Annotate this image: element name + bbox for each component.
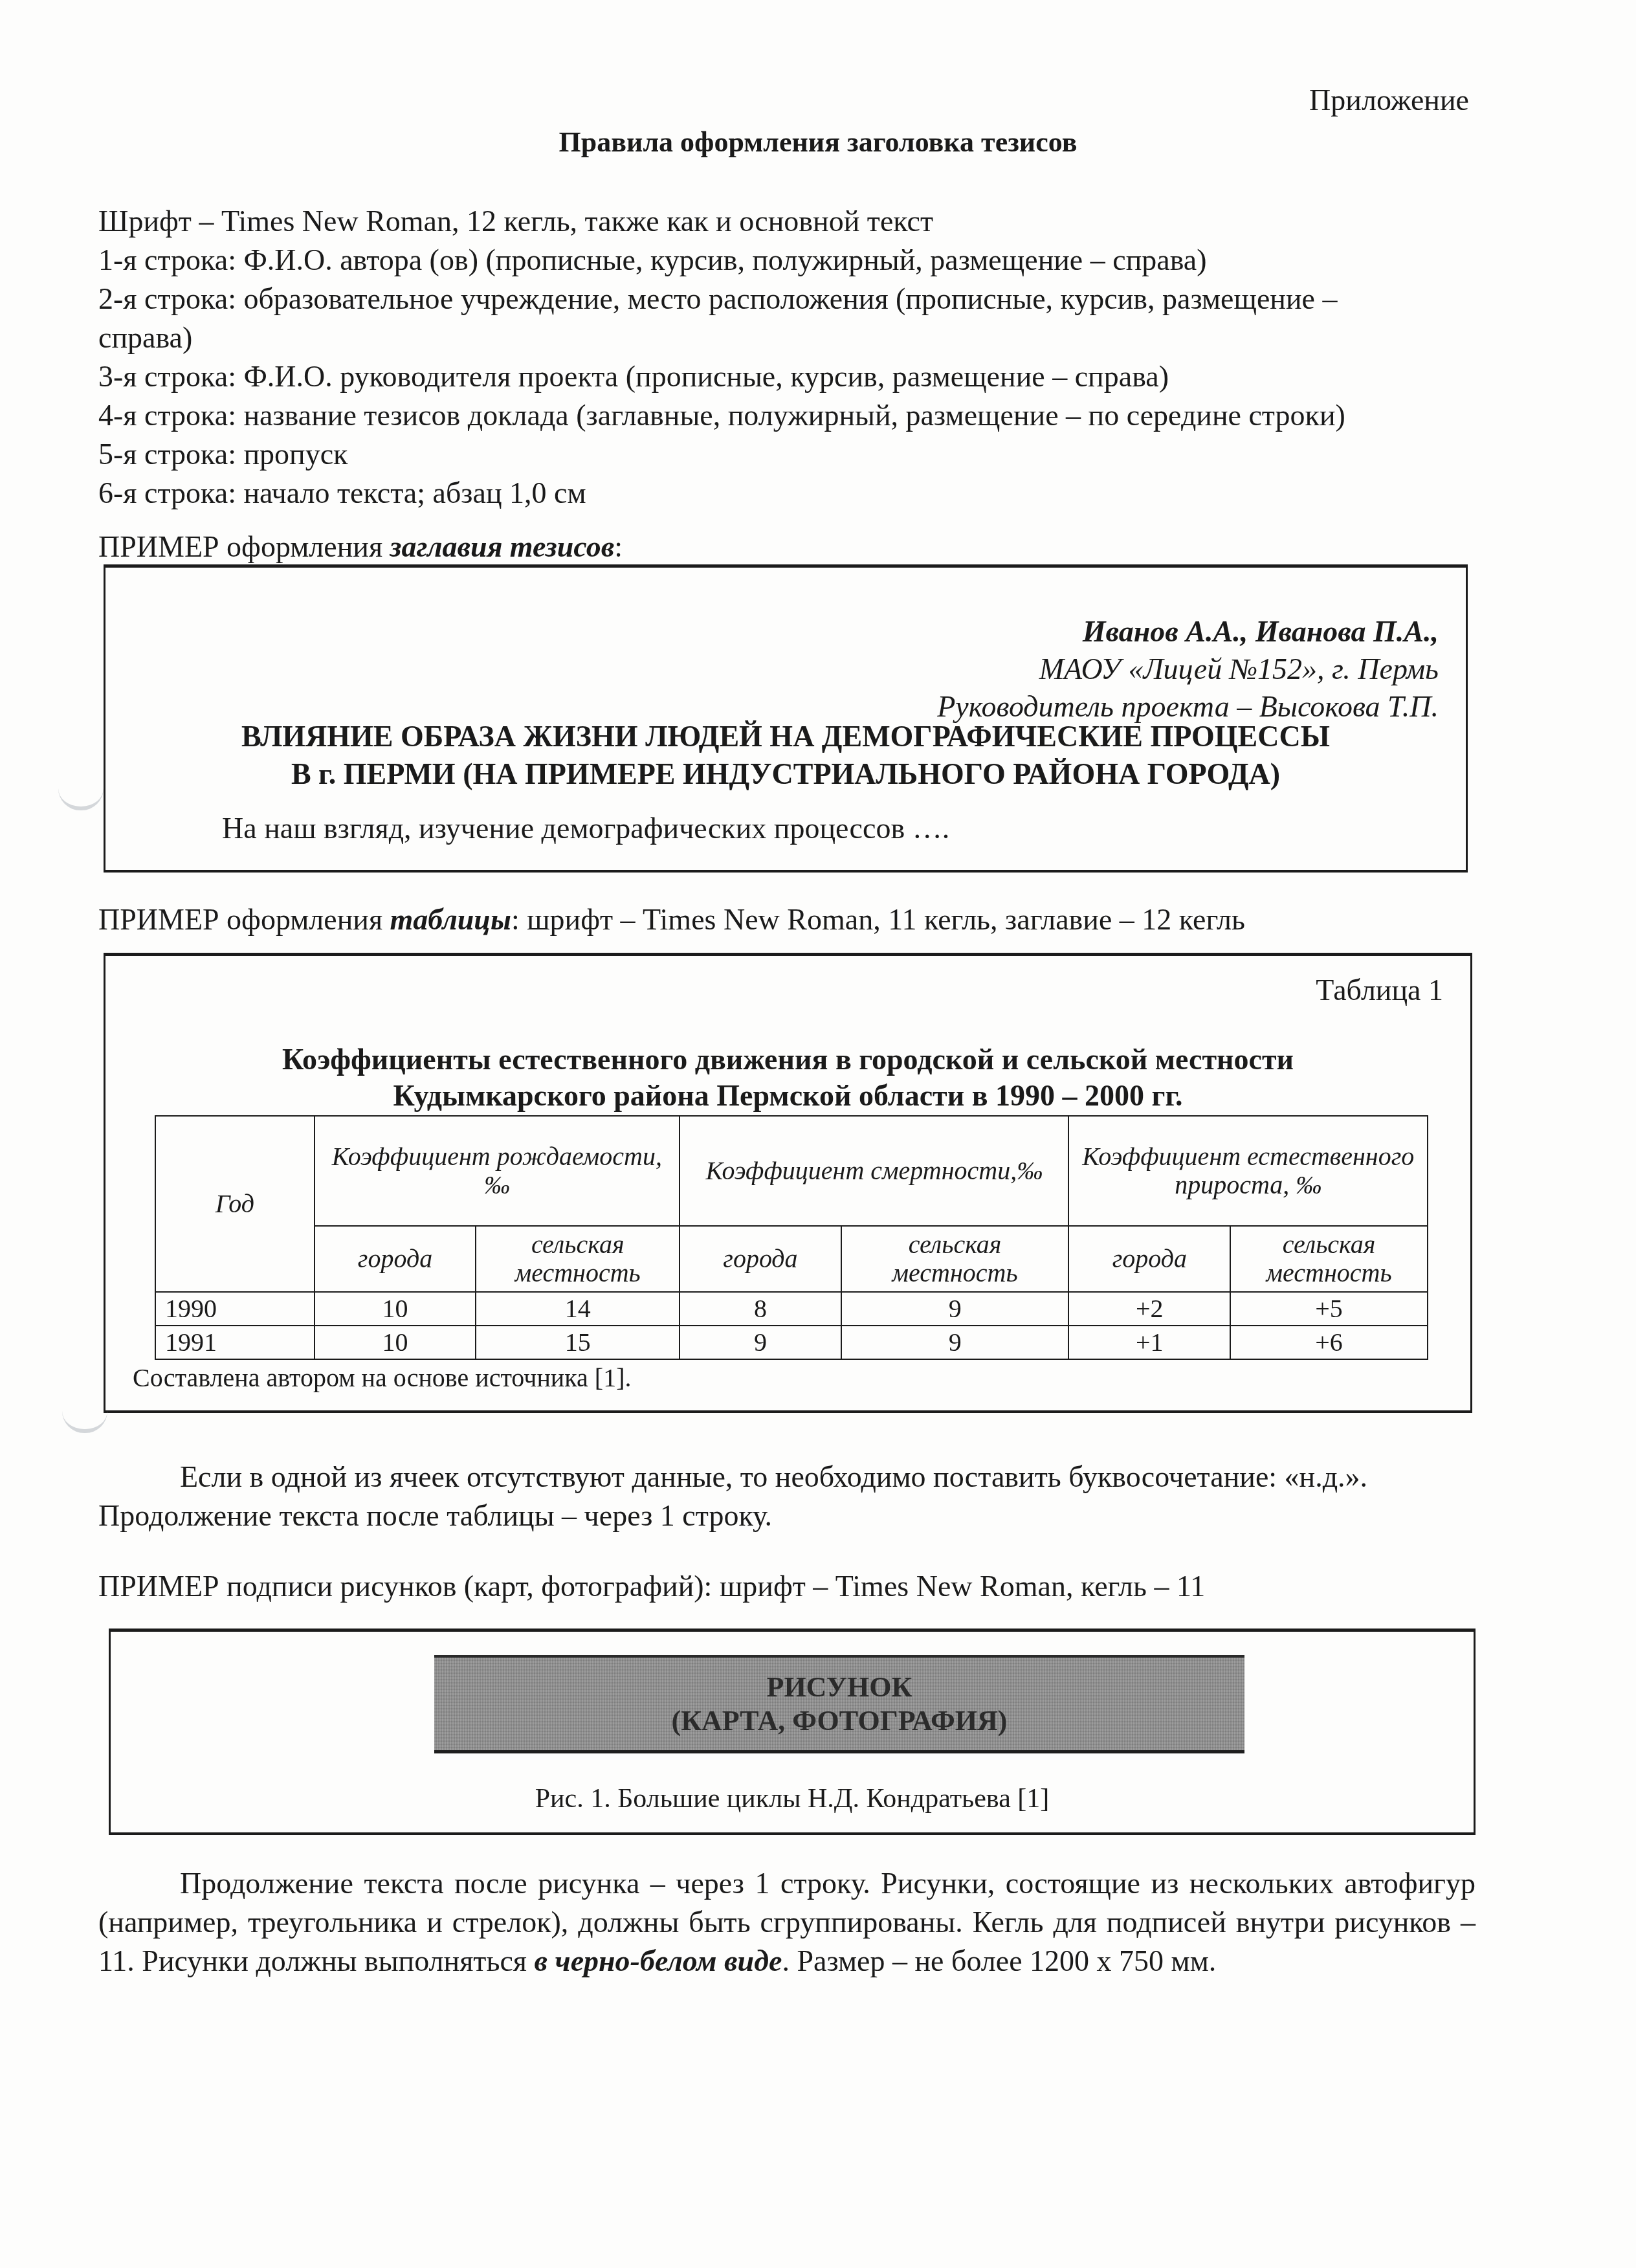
header-group: Коэффициент рождаемости, ‰ <box>315 1116 680 1226</box>
label-suffix: : шрифт – Times New Roman, 11 кегль, заг… <box>511 903 1245 936</box>
placeholder-line: РИСУНОК <box>434 1671 1244 1704</box>
cell-year: 1991 <box>155 1326 315 1359</box>
header-sub: сельская местность <box>1230 1226 1428 1292</box>
school: МАОУ «Лицей №152», г. Пермь <box>1039 652 1439 686</box>
authors: Иванов А.А., Иванова П.А., <box>1083 614 1439 649</box>
cell-year: 1990 <box>155 1292 315 1326</box>
after-figure-paragraph: Продолжение текста после рисунка – через… <box>98 1864 1476 1981</box>
thesis-heading: ВЛИЯНИЕ ОБРАЗА ЖИЗНИ ЛЮДЕЙ НА ДЕМОГРАФИЧ… <box>105 718 1466 793</box>
rule-line: 6-я строка: начало текста; абзац 1,0 см <box>98 474 1477 513</box>
paragraph-line: Продолжение текста после таблицы – через… <box>98 1496 1476 1535</box>
table-cell: 9 <box>841 1292 1069 1326</box>
rule-line: справа) <box>98 318 1477 357</box>
punch-hole-mark <box>58 788 104 810</box>
data-table: Год Коэффициент рождаемости, ‰ Коэффицие… <box>155 1115 1428 1360</box>
rule-line: 2-я строка: образовательное учреждение, … <box>98 280 1477 318</box>
header-sub: города <box>680 1226 841 1292</box>
rule-line: 1-я строка: Ф.И.О. автора (ов) (прописны… <box>98 241 1477 280</box>
figure-placeholder: РИСУНОК (КАРТА, ФОТОГРАФИЯ) <box>434 1655 1244 1753</box>
header-year: Год <box>155 1116 315 1292</box>
table-cell: 10 <box>315 1326 476 1359</box>
label-prefix: ПРИМЕР оформления <box>98 530 390 563</box>
table-cell: 8 <box>680 1292 841 1326</box>
after-table-paragraph: Если в одной из ячеек отсутствуют данные… <box>98 1458 1476 1535</box>
table-cell: 15 <box>476 1326 680 1359</box>
figure-example-box: РИСУНОК (КАРТА, ФОТОГРАФИЯ) Рис. 1. Боль… <box>109 1629 1476 1835</box>
label-prefix: ПРИМЕР оформления <box>98 903 390 936</box>
table-row: 1991 10 15 9 9 +1 +6 <box>155 1326 1428 1359</box>
table-cell: +5 <box>1230 1292 1428 1326</box>
label-emphasis: заглавия тезисов <box>390 530 615 563</box>
title-example-box: Иванов А.А., Иванова П.А., МАОУ «Лицей №… <box>104 564 1468 873</box>
table-cell: 14 <box>476 1292 680 1326</box>
caption-line: Кудымкарского района Пермской области в … <box>105 1078 1470 1114</box>
placeholder-line: (КАРТА, ФОТОГРАФИЯ) <box>434 1704 1244 1738</box>
punch-hole-mark <box>62 1411 107 1433</box>
table-example-box: Таблица 1 Коэффициенты естественного дви… <box>104 953 1472 1413</box>
table-header-row: Год Коэффициент рождаемости, ‰ Коэффицие… <box>155 1116 1428 1226</box>
header-sub: сельская местность <box>476 1226 680 1292</box>
title-example-label: ПРИМЕР оформления заглавия тезисов: <box>98 529 623 564</box>
table-source: Составлена автором на основе источника [… <box>133 1362 632 1393</box>
table-cell: 10 <box>315 1292 476 1326</box>
header-sub: города <box>315 1226 476 1292</box>
header-sub: сельская местность <box>841 1226 1069 1292</box>
label-suffix: : <box>614 530 623 563</box>
rule-line: 4-я строка: название тезисов доклада (за… <box>98 396 1477 435</box>
table-cell: +6 <box>1230 1326 1428 1359</box>
table-cell: +2 <box>1068 1292 1230 1326</box>
table-caption: Коэффициенты естественного движения в го… <box>105 1041 1470 1114</box>
document-title: Правила оформления заголовка тезисов <box>0 128 1636 157</box>
label-emphasis: таблицы <box>390 903 511 936</box>
paragraph-emphasis: в черно-белом виде <box>534 1944 782 1977</box>
paragraph-text: . Размер – не более 1200 х 750 мм. <box>782 1944 1216 1977</box>
text-start: На наш взгляд, изучение демографических … <box>222 811 949 845</box>
header-group: Коэффициент смертности,‰ <box>680 1116 1068 1226</box>
table-cell: 9 <box>680 1326 841 1359</box>
appendix-label: Приложение <box>1309 85 1469 115</box>
caption-line: Коэффициенты естественного движения в го… <box>105 1041 1470 1078</box>
heading-line: В г. ПЕРМИ (НА ПРИМЕРЕ ИНДУСТРИАЛЬНОГО Р… <box>105 755 1466 793</box>
heading-line: ВЛИЯНИЕ ОБРАЗА ЖИЗНИ ЛЮДЕЙ НА ДЕМОГРАФИЧ… <box>105 718 1466 755</box>
rule-line: 3-я строка: Ф.И.О. руководителя проекта … <box>98 357 1477 396</box>
header-group: Коэффициент естественного прироста, ‰ <box>1068 1116 1428 1226</box>
table-subheader-row: города сельская местность города сельска… <box>155 1226 1428 1292</box>
figure-example-label: ПРИМЕР подписи рисунков (карт, фотографи… <box>98 1569 1205 1603</box>
formatting-rules: Шрифт – Times New Roman, 12 кегль, также… <box>98 202 1477 513</box>
table-number: Таблица 1 <box>1316 973 1443 1007</box>
header-sub: города <box>1068 1226 1230 1292</box>
table-cell: +1 <box>1068 1326 1230 1359</box>
table-example-label: ПРИМЕР оформления таблицы: шрифт – Times… <box>98 902 1245 937</box>
rule-line: Шрифт – Times New Roman, 12 кегль, также… <box>98 202 1477 241</box>
rule-line: 5-я строка: пропуск <box>98 435 1477 474</box>
paragraph-line: Если в одной из ячеек отсутствуют данные… <box>180 1460 1367 1493</box>
table-cell: 9 <box>841 1326 1069 1359</box>
figure-caption: Рис. 1. Большие циклы Н.Д. Кондратьева [… <box>111 1783 1474 1814</box>
table-row: 1990 10 14 8 9 +2 +5 <box>155 1292 1428 1326</box>
